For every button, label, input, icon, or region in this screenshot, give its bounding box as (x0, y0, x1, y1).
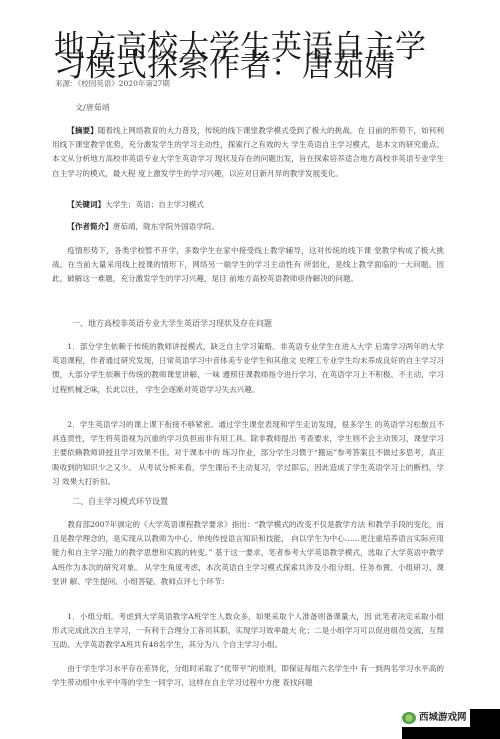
author-intro-text: 唐茹靖，陇东学院外国语学院。 (113, 222, 219, 231)
watermark-text: 西城游戏网 (419, 713, 467, 723)
abstract-label: 【摘要】 (67, 126, 98, 135)
leaf-logo-icon (402, 712, 416, 724)
intro-paragraph: 疫情形势下，各类学校暂不开学，多数学生在家中接受线上教学辅导，这对传统的线下课 … (52, 244, 444, 287)
section1-paragraph-1: 1．部分学生依赖于传统的教师讲授模式，缺乏自主学习策略。非英语专业学生在进入大学… (52, 340, 444, 397)
article-byline: 文/唐茹靖 (75, 102, 110, 113)
document-page: 地方高校大学生英语自主学习模式探索作者：唐茹婧 来源：《校园英语》2020年第2… (0, 0, 500, 739)
keywords-text: 大学生；英语；自主学习模式 (105, 200, 204, 209)
section2-heading: 二、自主学习模式环节设置 (72, 496, 168, 507)
section1-heading: 一、地方高校非英语专业大学生英语学习现状及存在问题 (72, 318, 272, 329)
section2-paragraph-1: 教育部2007年颁定的《大学英语课程教学要求》指出：“教学模式的改变不仅是教学方… (52, 518, 444, 589)
watermark-badge: 西城游戏网 (402, 709, 470, 727)
site-watermark: 西城游戏网 (402, 709, 500, 739)
author-intro-paragraph: 【作者简介】唐茹靖，陇东学院外国语学院。 (52, 220, 444, 234)
section2-paragraph-3: 由于学生学习水平存在差异化，分组时采取了“优带平”的原则，即保证每组六名学生中 … (52, 662, 444, 690)
keywords-label: 【关键词】 (67, 200, 105, 209)
article-source: 来源：《校园英语》2020年第27期 (55, 78, 170, 89)
abstract-paragraph: 【摘要】随着线上网络教育的大力普及，传统的线下课堂教学模式受到了极大的挑战。在 … (52, 124, 444, 181)
section1-paragraph-2: 2．学生英语学习的课上课下衔接不够紧密。通过学生课堂表现和学生走访发现，很多学生… (52, 418, 444, 489)
abstract-text: 随着线上网络教育的大力普及，传统的线下课堂教学模式受到了极大的挑战。在 目前的形… (52, 126, 444, 178)
watermark-black-band-bottom (402, 727, 500, 739)
author-intro-label: 【作者简介】 (67, 222, 113, 231)
section2-paragraph-2: 1．小组分组。考虑到大学英语教学A班学生人数众多，如果采取个人准备则备课量大，因… (52, 610, 444, 653)
keywords-paragraph: 【关键词】大学生；英语；自主学习模式 (52, 198, 444, 212)
article-title: 地方高校大学生英语自主学习模式探索作者：唐茹婧 (54, 38, 454, 76)
